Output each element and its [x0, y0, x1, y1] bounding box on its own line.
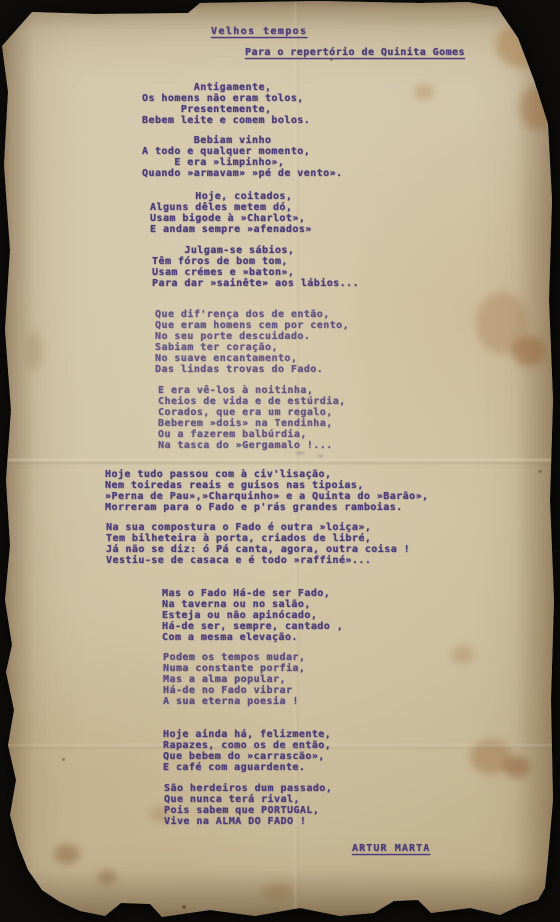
poem-title: Velhos tempos: [211, 26, 307, 37]
poem-line: Julgam-se sábios,: [152, 245, 359, 256]
poem-line: Nem toiredas reais e guisos nas tipoias,: [105, 480, 429, 491]
poem-line: Corados, que era um regalo,: [158, 407, 346, 418]
poem-line: Quando »armavam» »pé de vento».: [142, 168, 343, 179]
poem-line: A todo e qualquer momento,: [142, 146, 343, 157]
poem-stanza: Julgam-se sábios,Têm fóros de bom tom,Us…: [152, 245, 359, 289]
poem-line: Que bebem do »carrascão»,: [163, 751, 331, 762]
poem-line: Antigamente,: [142, 82, 310, 93]
poem-dedication: Para o repertório de Quinita Gomes: [245, 47, 465, 58]
poem-line: Presentemente,: [142, 104, 310, 115]
poem-line: Vestiu-se de casaca e é todo »raffiné»..…: [106, 555, 410, 566]
poem-line: Ou a fazerem balbúrdia,: [158, 429, 346, 440]
poem-line: Rapazes, como os de então,: [163, 740, 331, 751]
poem-line: Os homens não eram tolos,: [142, 93, 310, 104]
poem-layer: Velhos tempos Para o repertório de Quini…: [0, 0, 560, 922]
poem-stanza: Podem os tempos mudar,Numa constante por…: [163, 652, 305, 707]
poem-line: A sua eterna poesia !: [163, 696, 305, 707]
poem-stanza: Hoje ainda há, felizmente,Rapazes, como …: [163, 729, 331, 773]
poem-line: Hoje ainda há, felizmente,: [163, 729, 331, 740]
poem-stanza: Hoje tudo passou com à civ'lisação,Nem t…: [105, 469, 429, 513]
poem-stanza: Bebiam vinhoA todo e qualquer momento, E…: [142, 135, 343, 179]
poem-line: Bebem leite e comem bolos.: [142, 115, 310, 126]
poem-line: Hoje tudo passou com à civ'lisação,: [105, 469, 429, 480]
poem-line: Podem os tempos mudar,: [163, 652, 305, 663]
poem-line: Pois sabem que PORTUGAL,: [164, 805, 332, 816]
poem-stanza: Que dif'rença dos de então,Que eram home…: [155, 309, 349, 375]
paper-sheet: Velhos tempos Para o repertório de Quini…: [0, 0, 560, 922]
poem-line: Para dar »sainête» aos lábios...: [152, 278, 359, 289]
poem-line: Há-de no Fado vibrar: [163, 685, 305, 696]
poem-line: Usam crémes e »baton»,: [152, 267, 359, 278]
author-signature: ARTUR MARTA: [352, 843, 430, 854]
poem-line: Hoje, coitados,: [150, 191, 312, 202]
poem-stanza: Na sua compostura o Fado é outra »loiça»…: [106, 522, 410, 566]
poem-line: Há-de ser, sempre, cantado ,: [162, 621, 343, 632]
poem-line: »Perna de Pau»,»Charquinho» e a Quinta d…: [105, 491, 429, 502]
poem-line: E andam sempre »afenados»: [150, 224, 312, 235]
poem-stanza: Mas o Fado Há-de ser Fado,Na taverna ou …: [162, 588, 343, 643]
poem-line: Com a mesma elevação.: [162, 632, 343, 643]
poem-line: E café com aguardente.: [163, 762, 331, 773]
poem-line: Na taverna ou no salão,: [162, 599, 343, 610]
poem-line: No seu porte descuidado.: [155, 331, 349, 342]
poem-stanza: Antigamente,Os homens não eram tolos, Pr…: [142, 82, 310, 126]
poem-line: Que dif'rença dos de então,: [155, 309, 349, 320]
poem-line: Das lindas trovas do Fado.: [155, 364, 349, 375]
poem-line: Na tasca do »Gergamalo !...: [158, 440, 346, 451]
poem-line: E era vê-los à noitinha,: [158, 385, 346, 396]
poem-line: Que eram homens cem por cento,: [155, 320, 349, 331]
poem-stanza: E era vê-los à noitinha,Cheios de vida e…: [158, 385, 346, 451]
poem-line: Alguns dêles metem dó,: [150, 202, 312, 213]
poem-line: Beberem »dois» na Tendinha,: [158, 418, 346, 429]
poem-line: Bebiam vinho: [142, 135, 343, 146]
poem-line: Mas o Fado Há-de ser Fado,: [162, 588, 343, 599]
poem-line: Esteja ou não apinócado,: [162, 610, 343, 621]
poem-line: Sabiam ter coração,: [155, 342, 349, 353]
poem-line: Numa constante porfia,: [163, 663, 305, 674]
poem-stanza: São herdeiros dum passado,Que nunca terá…: [164, 783, 332, 827]
poem-line: E era »limpinho»,: [142, 157, 343, 168]
poem-stanza: Hoje, coitados,Alguns dêles metem dó,Usa…: [150, 191, 312, 235]
poem-line: Morreram para o Fado e p'rás grandes ram…: [105, 502, 429, 513]
poem-line: Vive na ALMA DO FADO !: [164, 816, 332, 827]
poem-line: Têm fóros de bom tom,: [152, 256, 359, 267]
poem-line: São herdeiros dum passado,: [164, 783, 332, 794]
poem-line: Na sua compostura o Fado é outra »loiça»…: [106, 522, 410, 533]
poem-line: Cheios de vida e de estúrdia,: [158, 396, 346, 407]
poem-line: Que nunca terá rival,: [164, 794, 332, 805]
poem-line: Já não se diz: ó Pá canta, agora, outra …: [106, 544, 410, 555]
poem-line: Usam bigode à »Charlot»,: [150, 213, 312, 224]
paper-wrapper: Velhos tempos Para o repertório de Quini…: [0, 0, 560, 922]
poem-line: Mas a alma popular,: [163, 674, 305, 685]
poem-line: No suave encantamento,: [155, 353, 349, 364]
poem-line: Tem bilheteira à porta, criados de libré…: [106, 533, 410, 544]
